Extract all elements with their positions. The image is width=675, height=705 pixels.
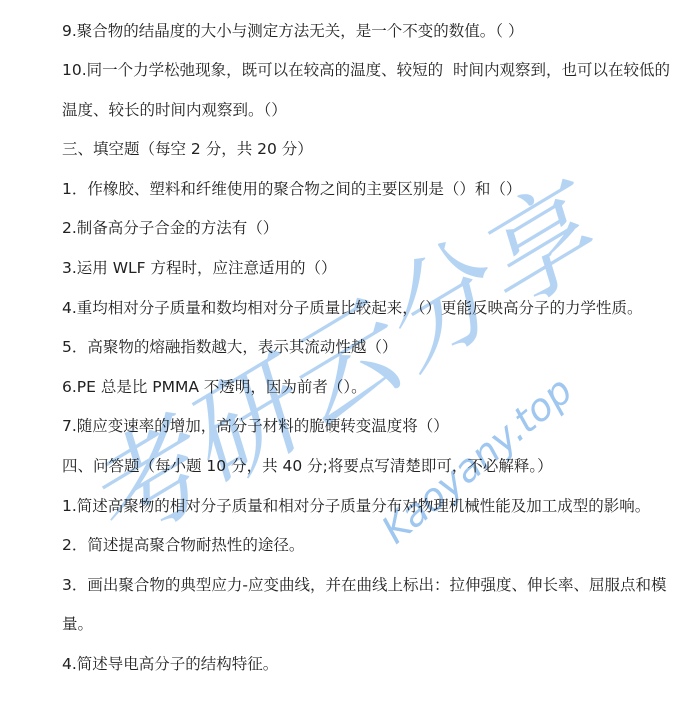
doc-line: 温度、较长的时间内观察到。（） <box>62 90 662 130</box>
doc-line: 9.聚合物的结晶度的大小与测定方法无关，是一个不变的数值。（ ） <box>62 11 662 51</box>
document-page: 考研云分享 Kaoyany.top 9.聚合物的结晶度的大小与测定方法无关，是一… <box>0 0 675 705</box>
doc-line: 三、填空题（每空 2 分，共 20 分） <box>62 130 662 170</box>
doc-line: 6.PE 总是比 PMMA 不透明，因为前者（）。 <box>62 367 662 407</box>
doc-line: 1．作橡胶、塑料和纤维使用的聚合物之间的主要区别是（）和（） <box>62 169 662 209</box>
doc-line: 1.简述高聚物的相对分子质量和相对分子质量分布对物理机械性能及加工成型的影响。 <box>62 486 662 526</box>
doc-line: 10.同一个力学松弛现象，既可以在较高的温度、较短的 时间内观察到，也可以在较低… <box>62 51 662 91</box>
doc-line: 2．简述提高聚合物耐热性的途径。 <box>62 526 662 566</box>
doc-line: 7.随应变速率的增加，高分子材料的脆硬转变温度将（） <box>62 407 662 447</box>
doc-line: 四、问答题（每小题 10 分，共 40 分;将要点写清楚即可，不必解释。） <box>62 447 662 487</box>
doc-line: 4.重均相对分子质量和数均相对分子质量比较起来，（）更能反映高分子的力学性质。 <box>62 288 662 328</box>
doc-line: 3．画出聚合物的典型应力-应变曲线，并在曲线上标出：拉伸强度、伸长率、屈服点和模 <box>62 565 662 605</box>
doc-line: 2.制备高分子合金的方法有（） <box>62 209 662 249</box>
document-body: 9.聚合物的结晶度的大小与测定方法无关，是一个不变的数值。（ ）10.同一个力学… <box>62 11 662 684</box>
doc-line: 4.简述导电高分子的结构特征。 <box>62 645 662 685</box>
doc-line: 5．高聚物的熔融指数越大，表示其流动性越（） <box>62 328 662 368</box>
doc-line: 量。 <box>62 605 662 645</box>
doc-line: 3.运用 WLF 方程时，应注意适用的（） <box>62 249 662 289</box>
